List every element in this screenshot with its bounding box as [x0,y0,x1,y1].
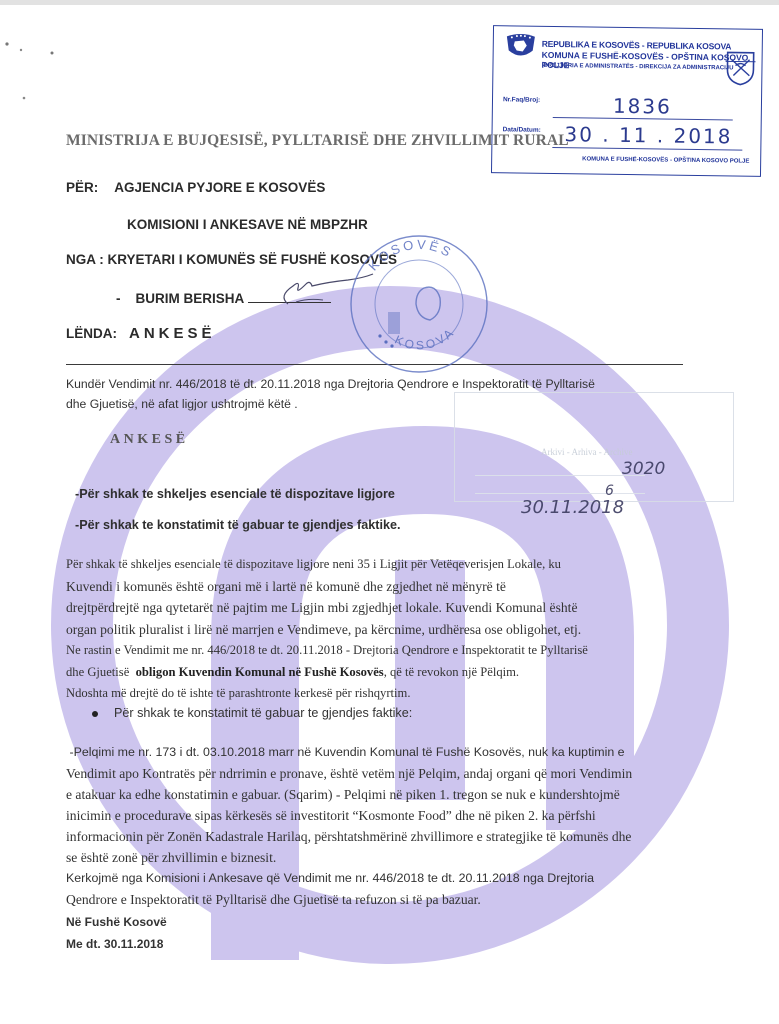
para1-line-3: drejtpërdrejtë nga qytetarët në pajtim m… [66,597,706,619]
stamp-number-label: Nr.Faq/Broj: [503,96,540,104]
received-number: 3020 [622,459,665,479]
subject-value: ANKESË [129,325,216,342]
para1-line-6-bold: obligon Kuvendin Komunal në Fushë Kosovë… [136,665,384,679]
stamp-date-value: 30 . 11 . 2018 [564,122,732,148]
para1-line-1: Për shkak të shkeljes esenciale të dispo… [66,554,706,576]
para1-line-7: Ndoshta më drejtë do të ishte të parasht… [66,683,706,705]
bullet-icon [92,711,98,717]
fact-heading-text: Për shkak te konstatimit të gabuar te gj… [114,706,412,720]
para1-line-4: organ politik pluralist i lirë në marrje… [66,619,706,641]
registry-stamp: REPUBLIKA E KOSOVËS - REPUBLIKA KOSOVA K… [491,25,763,177]
para1-line-5: Ne rastin e Vendimit me nr. 446/2018 te … [66,640,706,662]
place: Në Fushë Kosovë [66,915,167,929]
recipient-line: PËR:AGJENCIA PYJORE E KOSOVËS [66,180,325,195]
para2-line-2: Vendimit apo Kontratës për ndrrimin e pr… [66,763,716,784]
recipient-commission: KOMISIONI I ANKESAVE NË MBPZHR [127,217,368,232]
para1-line-6-pre: dhe Gjuetisë [66,665,136,679]
ministry-heading: MINISTRIJA E BUJQESISË, PYLLTARISË DHE Z… [66,132,569,150]
received-underline-2 [475,493,645,494]
para1-line-6-post: , që të revokon një Pëlqim. [384,665,519,679]
factual-argument-paragraph: -Pelqimi me nr. 173 i dt. 03.10.2018 mar… [66,742,716,910]
document-date: Me dt. 30.11.2018 [66,937,163,951]
subject-line: LËNDA:ANKESË [66,325,216,342]
recipient-value: AGJENCIA PYJORE E KOSOVËS [114,180,325,195]
stamp-number-value: 1836 [613,94,672,119]
kosovo-emblem-icon [504,32,538,60]
reason-2: -Për shkak te konstatimit të gabuar te g… [75,518,400,532]
para2-line-6: se është zonë për zhvillimin e biznesit. [66,847,716,868]
received-stamp-label: Arkivi - Arhiva - Archive [541,447,632,457]
para2-line-7: Kerkojmë nga Komisioni i Ankesave që Ven… [66,868,716,889]
svg-text:KOSOVA: KOSOVA [393,324,458,352]
subject-label: LËNDA: [66,326,117,341]
para2-line-4: inicimin e procedurave sipas kërkesës së… [66,805,716,826]
recipient-label: PËR: [66,180,98,195]
para2-line-5: informacionin për Zonën Kadastrale Haril… [66,826,716,847]
sender-line: NGA : KRYETARI I KOMUNËS SË FUSHË KOSOVË… [66,252,397,267]
scan-specks [0,0,100,110]
round-stamp-bottom-text: KOSOVA [393,324,458,352]
para1-line-2: Kuvendi i komunës është organi më i lart… [66,576,706,598]
received-stamp: Arkivi - Arhiva - Archive 3020 6 30.11.2… [454,392,734,502]
received-underline-1 [475,475,645,476]
signature-scribble [238,268,378,308]
municipal-crest-icon [725,49,755,85]
reason-1: -Për shkak te shkeljes esenciale të disp… [75,487,395,501]
intro-line-1: Kundër Vendimit nr. 446/2018 të dt. 20.1… [66,374,595,394]
para2-line-1: -Pelqimi me nr. 173 i dt. 03.10.2018 mar… [66,742,716,763]
stamp-footer: KOMUNA E FUSHË-KOSOVËS - OPŠTINA KOSOVO … [582,156,749,164]
legal-argument-paragraph: Për shkak të shkeljes esenciale të dispo… [66,554,706,705]
para2-line-8: Qendrore e Inspektoratit të Pylltarisë d… [66,889,716,910]
appeal-title: ANKESË [110,432,189,448]
para2-line-3: e atakuar ka edhe konstatimin e gabuar. … [66,784,716,805]
fact-heading: Për shkak te konstatimit të gabuar te gj… [92,706,412,720]
para1-line-6: dhe Gjuetisë obligon Kuvendin Komunal në… [66,662,706,684]
document-page: REPUBLIKA E KOSOVËS - REPUBLIKA KOSOVA K… [0,0,779,1024]
header-divider [66,364,683,365]
sender-name: - BURIM BERISHA [116,291,244,306]
received-date: 30.11.2018 [521,497,624,518]
